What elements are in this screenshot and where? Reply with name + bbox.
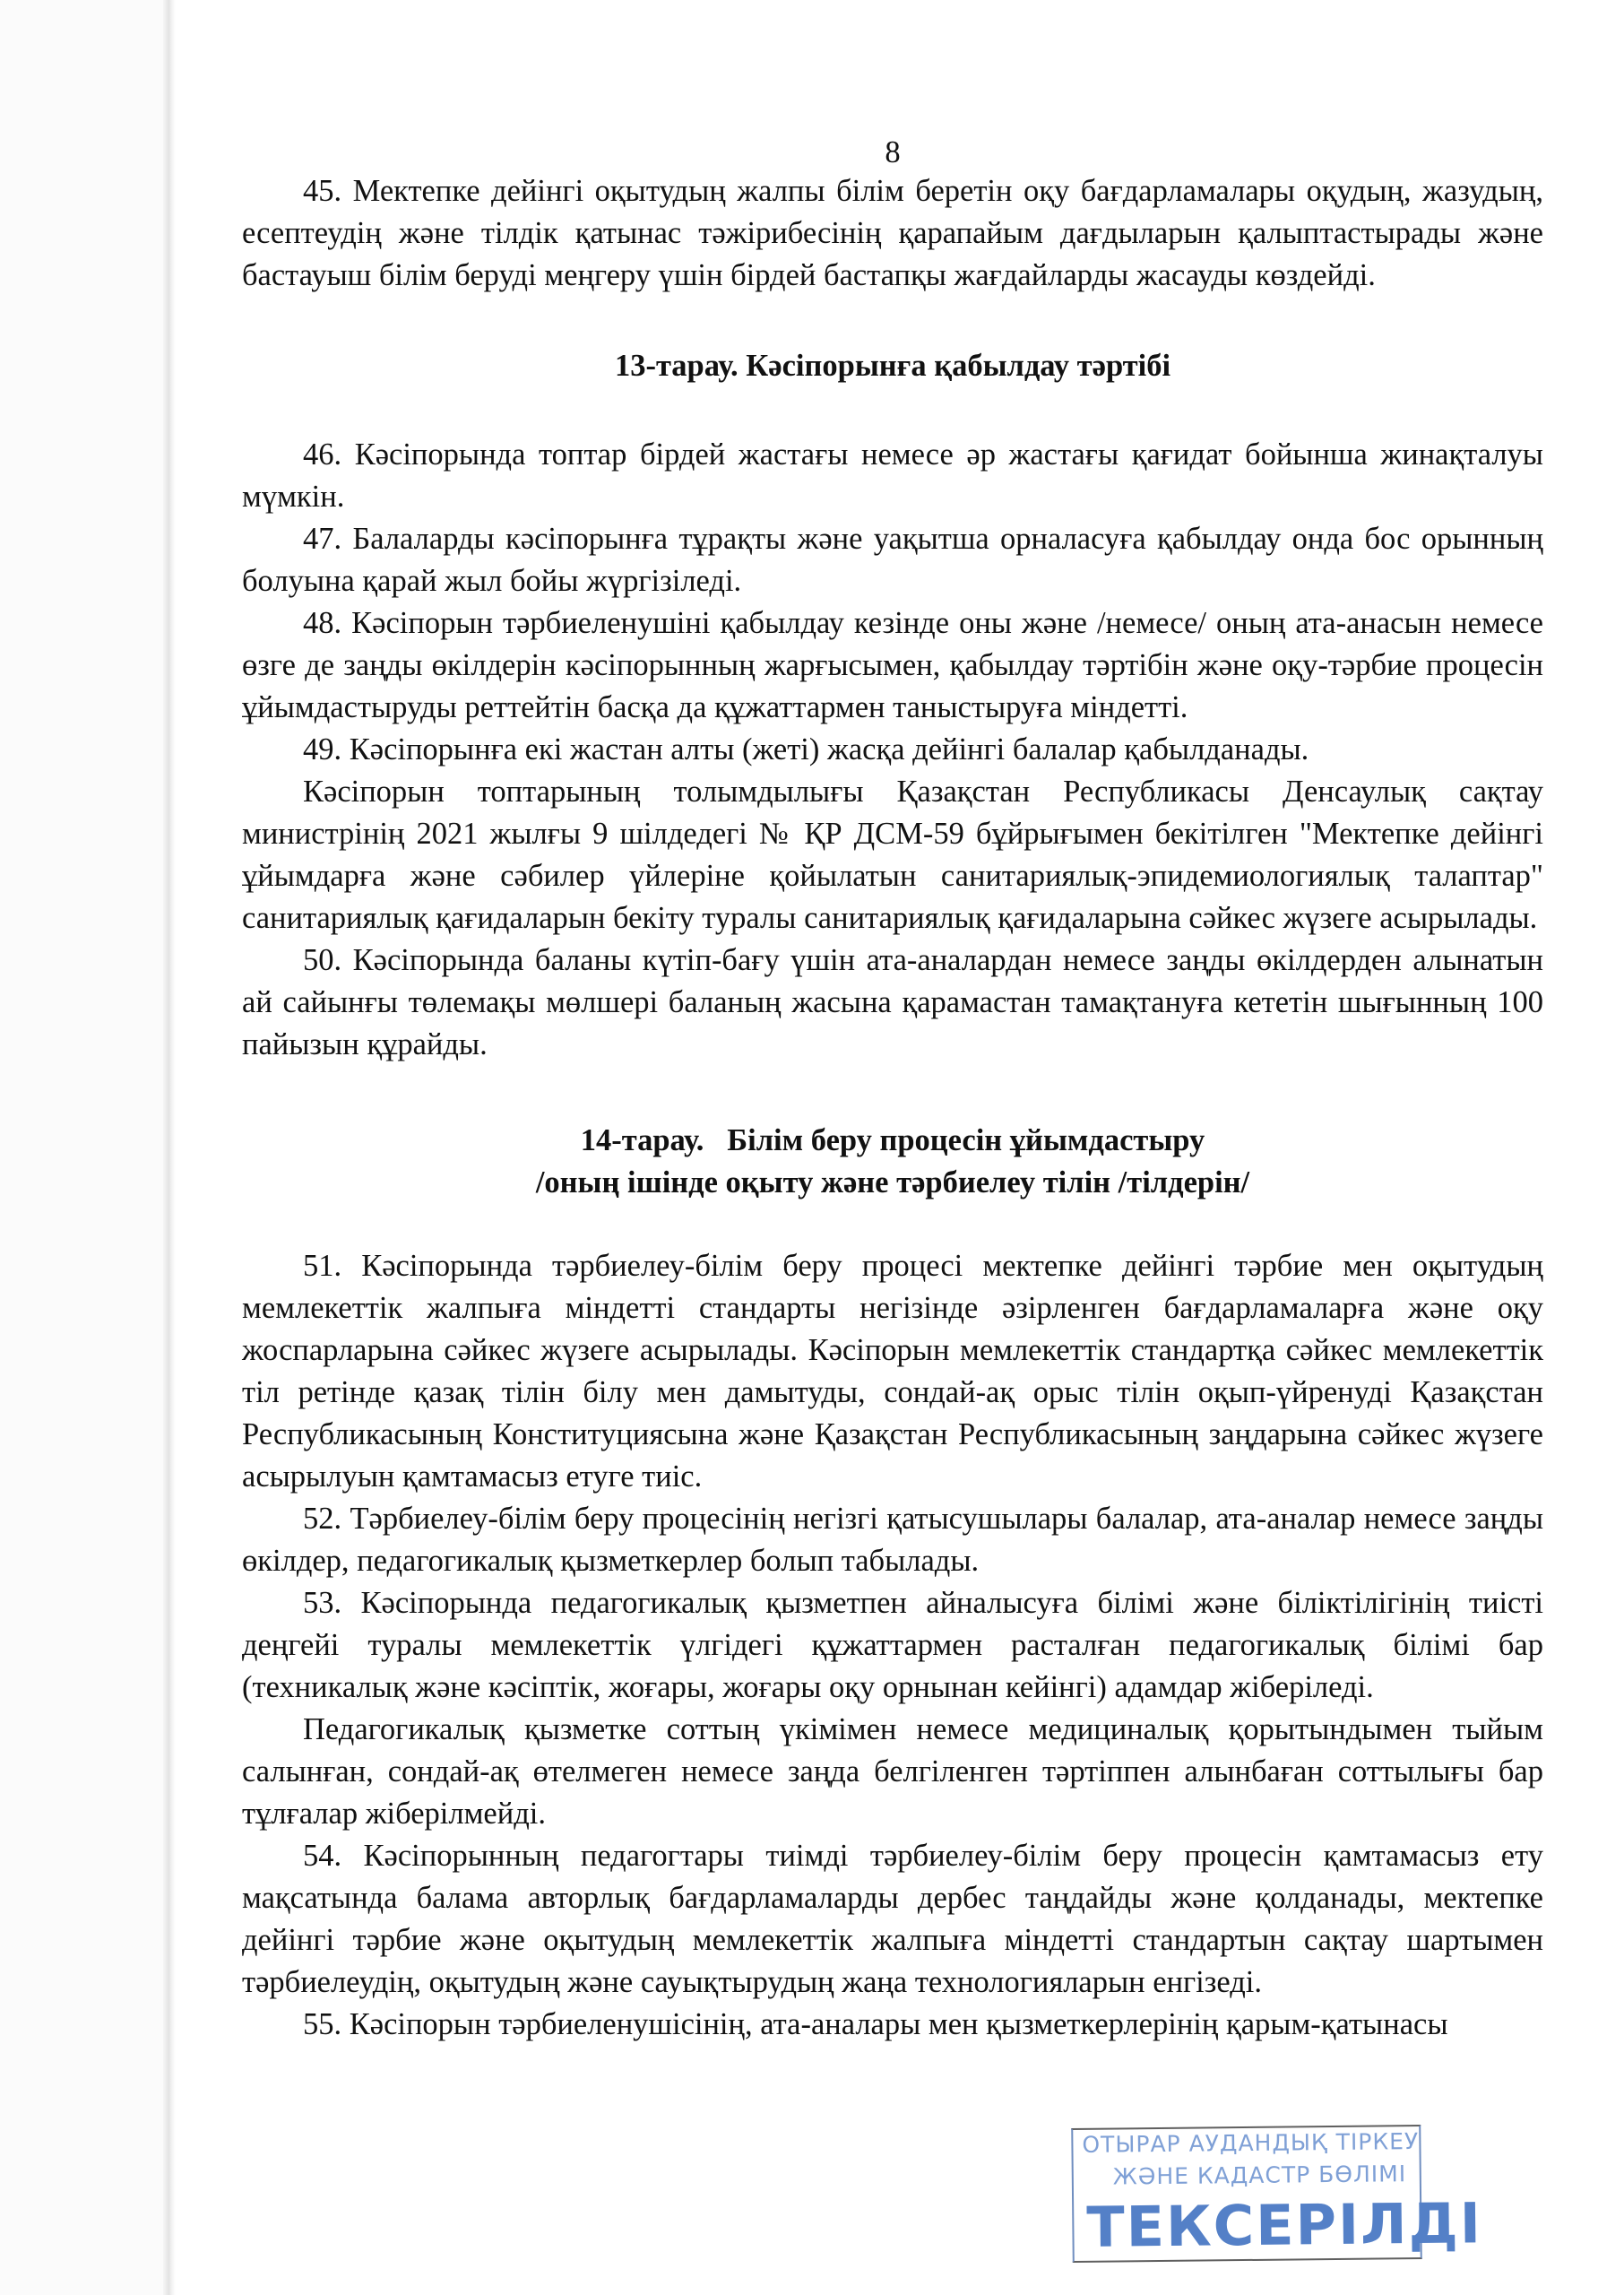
section-14-heading-line2: /оның ішінде оқыту және тәрбиелеу тілін … [242, 1162, 1543, 1204]
stamp-office-line2: ЖӘНЕ КАДАСТР БӨЛІМІ [1113, 2161, 1407, 2189]
paragraph-53-continuation: Педагогикалық қызметке соттың үкімімен н… [242, 1709, 1543, 1835]
paragraph-54: 54. Кәсіпорынның педагогтары тиімді тәрб… [242, 1835, 1543, 2004]
paragraph-48: 48. Кәсіпорын тәрбиеленушіні қабылдау ке… [242, 602, 1543, 729]
paragraph-52: 52. Тәрбиелеу-білім беру процесінің негі… [242, 1498, 1543, 1582]
section-14-heading: 14-тарау. Білім беру процесін ұйымдастыр… [242, 1120, 1543, 1204]
paragraph-46: 46. Кәсіпорында топтар бірдей жастағы не… [242, 434, 1543, 518]
stamp-office-line1: ОТЫРАР АУДАНДЫҚ ТІРКЕУ [1082, 2128, 1419, 2158]
paragraph-49: 49. Кәсіпорынға екі жастан алты (жеті) ж… [242, 729, 1543, 771]
page-fold-shadow [163, 0, 176, 2295]
section-14-heading-line1: 14-тарау. Білім беру процесін ұйымдастыр… [242, 1120, 1543, 1162]
verification-stamp: ОТЫРАР АУДАНДЫҚ ТІРКЕУ ЖӘНЕ КАДАСТР БӨЛІ… [1071, 2125, 1422, 2263]
paragraph-51: 51. Кәсіпорында тәрбиелеу-білім беру про… [242, 1245, 1543, 1498]
paragraph-50: 50. Кәсіпорында баланы күтіп-бағу үшін а… [242, 940, 1543, 1066]
section-13-heading: 13-тарау. Кәсіпорынға қабылдау тәртібі [242, 345, 1543, 387]
paragraph-45: 45. Мектепке дейінгі оқытудың жалпы білі… [242, 170, 1543, 297]
adjacent-page-margin [0, 0, 170, 2295]
paragraph-53: 53. Кәсіпорында педагогикалық қызметпен … [242, 1582, 1543, 1709]
document-page: 8 45. Мектепке дейінгі оқытудың жалпы бі… [242, 134, 1543, 2046]
stamp-verified-label: ТЕКСЕРІЛДІ [1086, 2194, 1482, 2257]
paragraph-49-continuation: Кәсіпорын топтарының толымдылығы Қазақст… [242, 771, 1543, 940]
page-number: 8 [242, 134, 1543, 170]
paragraph-47: 47. Балаларды кәсіпорынға тұрақты және у… [242, 518, 1543, 602]
paragraph-55: 55. Кәсіпорын тәрбиеленушісінің, ата-ана… [242, 2004, 1543, 2046]
